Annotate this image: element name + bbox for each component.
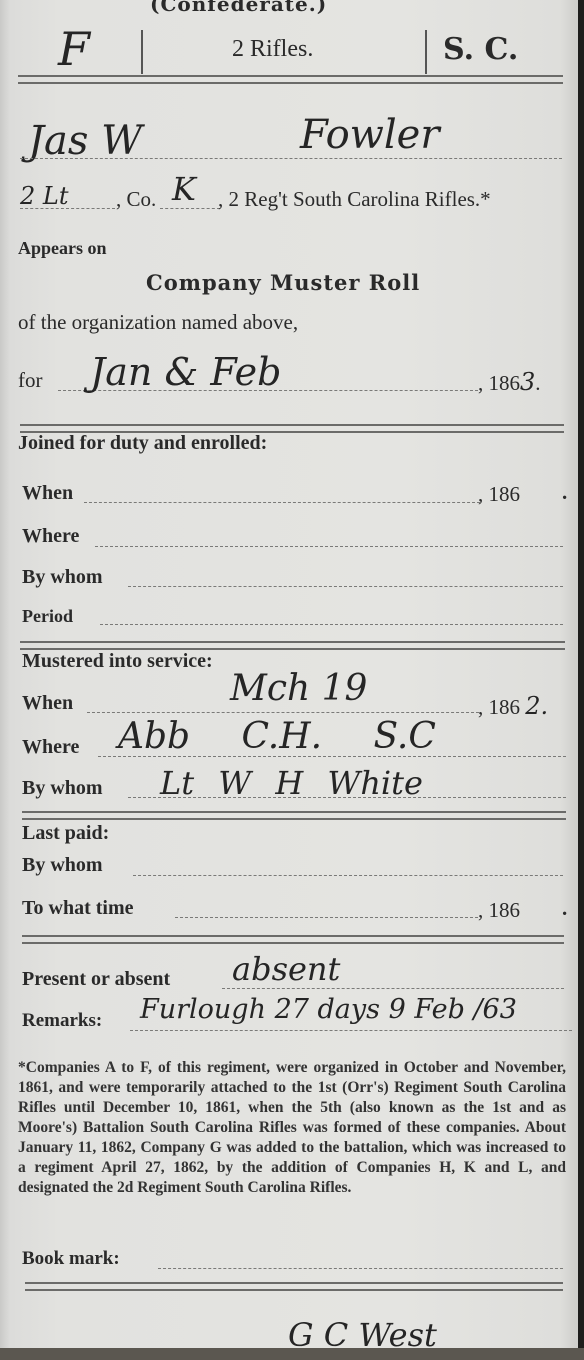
muster-roll-card: (Confederate.) F 2 Rifles. S. C. Jas W F…	[0, 0, 584, 1348]
remarks-value: Furlough 27 days 9 Feb /63	[140, 994, 517, 1025]
mustered-year-prefix: , 186	[478, 695, 520, 719]
joined-where-label: Where	[22, 525, 79, 548]
mustered-where-value: Abb C.H. S.C	[118, 716, 436, 757]
name-line	[20, 158, 562, 159]
unit-text: 2 Rifles.	[232, 36, 313, 62]
last-paid-by-whom-label: By whom	[22, 854, 103, 877]
joined-when-label: When	[22, 482, 73, 505]
header-unit: 2 Rifles.	[232, 36, 313, 63]
soldier-rank: 2 Lt	[20, 182, 68, 210]
joined-when-line	[84, 502, 480, 503]
mustered-heading: Mustered into service:	[22, 650, 213, 673]
joined-when-year: , 186	[478, 482, 520, 507]
joined-period-line	[100, 624, 563, 625]
section-rule-3	[22, 811, 566, 820]
regiment-name: , 2 Reg't South Carolina Rifles.*	[218, 187, 491, 212]
present-or-absent-value: absent	[232, 950, 340, 988]
book-mark-line	[158, 1268, 563, 1269]
roll-year-end: .	[535, 371, 540, 395]
to-what-time-line	[175, 917, 478, 918]
mustered-year-suffix: 2.	[525, 692, 548, 720]
remarks-label: Remarks:	[22, 1010, 102, 1032]
section-rule-2	[20, 641, 565, 650]
to-what-time-year: , 186	[478, 898, 520, 923]
book-mark-label: Book mark:	[22, 1248, 120, 1270]
mustered-by-whom-label: By whom	[22, 777, 103, 800]
header-state: S. C.	[443, 32, 518, 67]
confederate-banner: (Confederate.)	[150, 0, 327, 16]
joined-period-label: Period	[22, 606, 73, 627]
present-line	[222, 988, 564, 989]
joined-when-end: .	[562, 480, 567, 505]
soldier-last-name: Fowler	[300, 112, 439, 158]
for-label: for	[18, 368, 43, 393]
regiment-footnote: *Companies A to F, of this regiment, wer…	[18, 1058, 566, 1198]
roll-period: Jan & Feb	[90, 350, 281, 394]
organization-line: of the organization named above,	[18, 310, 298, 335]
mustered-when-year: , 186 2.	[478, 692, 548, 720]
joined-by-whom-line	[128, 586, 563, 587]
mustered-when-line	[87, 712, 479, 713]
last-paid-by-whom-line	[133, 875, 563, 876]
header-letter: F	[58, 22, 90, 76]
to-what-time-end: .	[562, 896, 567, 921]
to-what-time-label: To what time	[22, 897, 133, 920]
joined-by-whom-label: By whom	[22, 566, 103, 589]
bottom-rule	[25, 1282, 563, 1291]
copyist-signature: G C West	[288, 1316, 437, 1348]
joined-where-line	[95, 546, 563, 547]
mustered-by-whom-value: Lt W H White	[160, 764, 423, 802]
header-rule	[18, 75, 563, 84]
roll-year-prefix: , 186	[478, 371, 520, 395]
mustered-when-label: When	[22, 692, 73, 715]
roll-year-suffix: 3	[520, 368, 535, 396]
company-line	[160, 208, 220, 209]
roll-year: , 1863.	[478, 368, 541, 396]
section-rule-4	[22, 935, 564, 944]
joined-heading: Joined for duty and enrolled:	[18, 432, 267, 455]
last-paid-heading: Last paid:	[22, 822, 109, 845]
appears-on-label: Appears on	[18, 238, 107, 259]
record-type: Company Muster Roll	[146, 270, 420, 295]
rank-line	[20, 208, 115, 209]
header-divider-1	[141, 30, 143, 74]
soldier-company: K	[172, 170, 196, 208]
remarks-line	[130, 1030, 572, 1031]
company-label: , Co.	[116, 187, 156, 212]
present-or-absent-label: Present or absent	[22, 968, 170, 991]
mustered-where-label: Where	[22, 736, 79, 759]
mustered-when-value: Mch 19	[230, 668, 367, 709]
header-divider-2	[425, 30, 427, 74]
